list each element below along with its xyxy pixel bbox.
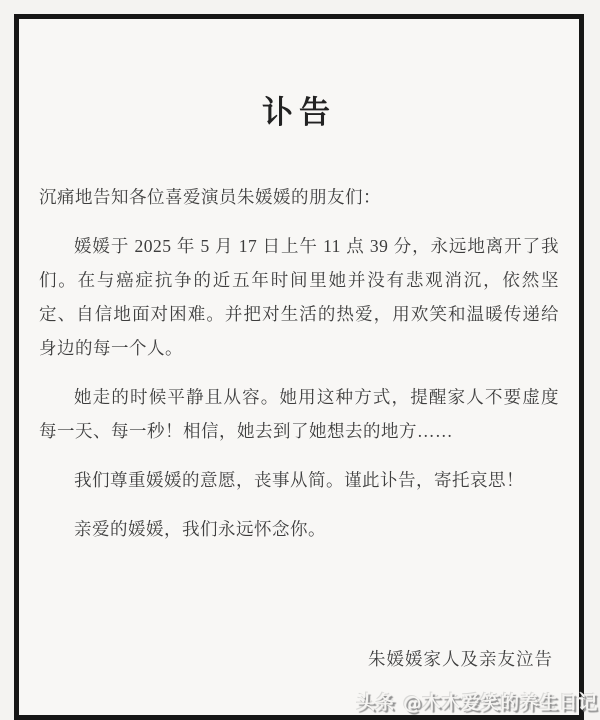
paragraph-remembrance: 亲爱的媛媛，我们永远怀念你。 [39, 512, 559, 546]
page-title: 讣告 [39, 91, 559, 136]
obituary-body: 沉痛地告知各位喜爱演员朱媛媛的朋友们： 媛媛于 2025 年 5 月 17 日上… [39, 180, 559, 546]
paragraph-death-announcement: 媛媛于 2025 年 5 月 17 日上午 11 点 39 分，永远地离开了我们… [39, 229, 559, 365]
paragraph-simple-funeral: 我们尊重媛媛的意愿，丧事从简。谨此讣告，寄托哀思！ [39, 463, 559, 497]
toutiao-watermark: 头条 @木木爱笑的养生日记 [357, 689, 598, 715]
signature-line: 朱媛媛家人及亲友泣告 [39, 642, 559, 676]
obituary-page: 讣告 沉痛地告知各位喜爱演员朱媛媛的朋友们： 媛媛于 2025 年 5 月 17… [0, 0, 600, 720]
greeting-line: 沉痛地告知各位喜爱演员朱媛媛的朋友们： [39, 180, 559, 214]
paragraph-peaceful-passing: 她走的时候平静且从容。她用这种方式，提醒家人不要虚度每一天、每一秒！相信，她去到… [39, 380, 559, 448]
obituary-frame: 讣告 沉痛地告知各位喜爱演员朱媛媛的朋友们： 媛媛于 2025 年 5 月 17… [14, 14, 584, 720]
